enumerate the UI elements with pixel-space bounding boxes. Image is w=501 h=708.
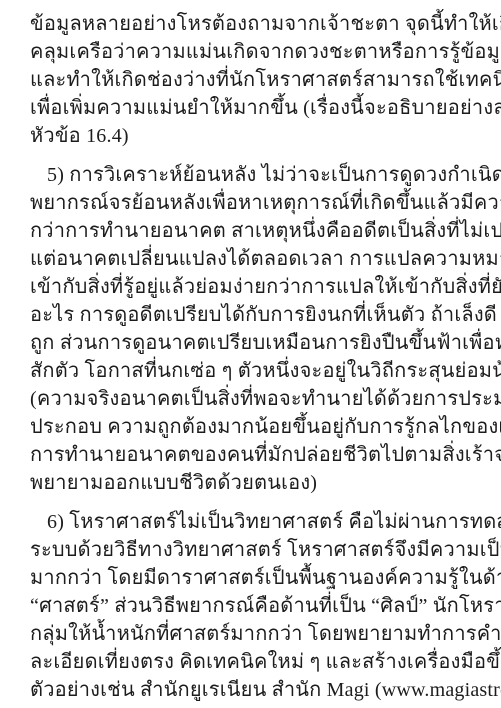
text-line: แต่อนาคตเปลี่ยนแปลงได้ตลอดเวลา การแปลควา… (30, 245, 473, 273)
text-line: การทำนายอนาคตของคนที่มักปล่อยชีวิตไปตามส… (30, 441, 473, 469)
text-line: เพื่อเพิ่มความแม่นยำให้มากขึ้น (เรื่องนี… (30, 94, 473, 122)
text-line: กลุ่มให้น้ำหนักที่ศาสตร์มากกว่า โดยพยายา… (30, 620, 473, 648)
text-line: ประกอบ ความถูกต้องมากน้อยขึ้นอยู่กับการร… (30, 413, 473, 441)
text-line: 5) การวิเคราะห์ย้อนหลัง ไม่ว่าจะเป็นการด… (30, 161, 473, 189)
document-page: ข้อมูลหลายอย่างโหรต้องถามจากเจ้าชะตา จุด… (0, 0, 501, 708)
text-line: พยากรณ์จรย้อนหลังเพื่อหาเหตุการณ์ที่เกิด… (30, 189, 473, 217)
text-line: และทำให้เกิดช่องว่างที่นักโหราศาสตร์สามา… (30, 66, 473, 94)
text-line: “ศาสตร์” ส่วนวิธีพยากรณ์คือด้านที่เป็น “… (30, 592, 473, 620)
text-line: (ความจริงอนาคตเป็นสิ่งที่พอจะทำนายได้ด้ว… (30, 385, 473, 413)
text-line: ละเอียดเที่ยงตรง คิดเทคนิคใหม่ ๆ และสร้า… (30, 648, 473, 676)
text-line: พยายามออกแบบชีวิตด้วยตนเอง) (30, 469, 473, 497)
text-line: มากกว่า โดยมีดาราศาสตร์เป็นพื้นฐานองค์คว… (30, 564, 473, 592)
paragraph-point-6: 6) โหราศาสตร์ไม่เป็นวิทยาศาสตร์ คือไม่ผ่… (30, 508, 473, 704)
text-line: ระบบด้วยวิธีทางวิทยาศาสตร์ โหราศาสตร์จึง… (30, 536, 473, 564)
text-line: สักตัว โอกาสที่นกเซ่อ ๆ ตัวหนึ่งจะอยู่ใน… (30, 357, 473, 385)
paragraph-point-5: 5) การวิเคราะห์ย้อนหลัง ไม่ว่าจะเป็นการด… (30, 161, 473, 497)
text-line: ข้อมูลหลายอย่างโหรต้องถามจากเจ้าชะตา จุด… (30, 10, 473, 38)
text-line: กว่าการทำนายอนาคต สาเหตุหนึ่งคืออดีตเป็น… (30, 217, 473, 245)
paragraph-continuation: ข้อมูลหลายอย่างโหรต้องถามจากเจ้าชะตา จุด… (30, 10, 473, 150)
text-line: หัวข้อ 16.4) (30, 122, 473, 150)
text-line: อะไร การดูอดีตเปรียบได้กับการยิงนกที่เห็… (30, 301, 473, 329)
text-line: ถูก ส่วนการดูอนาคตเปรียบเหมือนการยิงปืนข… (30, 329, 473, 357)
text-line: เข้ากับสิ่งที่รู้อยู่แล้วย่อมง่ายกว่าการ… (30, 273, 473, 301)
text-line: ตัวอย่างเช่น สำนักยูเรเนียน สำนัก Magi (… (30, 676, 473, 704)
text-line: 6) โหราศาสตร์ไม่เป็นวิทยาศาสตร์ คือไม่ผ่… (30, 508, 473, 536)
text-line: คลุมเครือว่าความแม่นเกิดจากดวงชะตาหรือกา… (30, 38, 473, 66)
